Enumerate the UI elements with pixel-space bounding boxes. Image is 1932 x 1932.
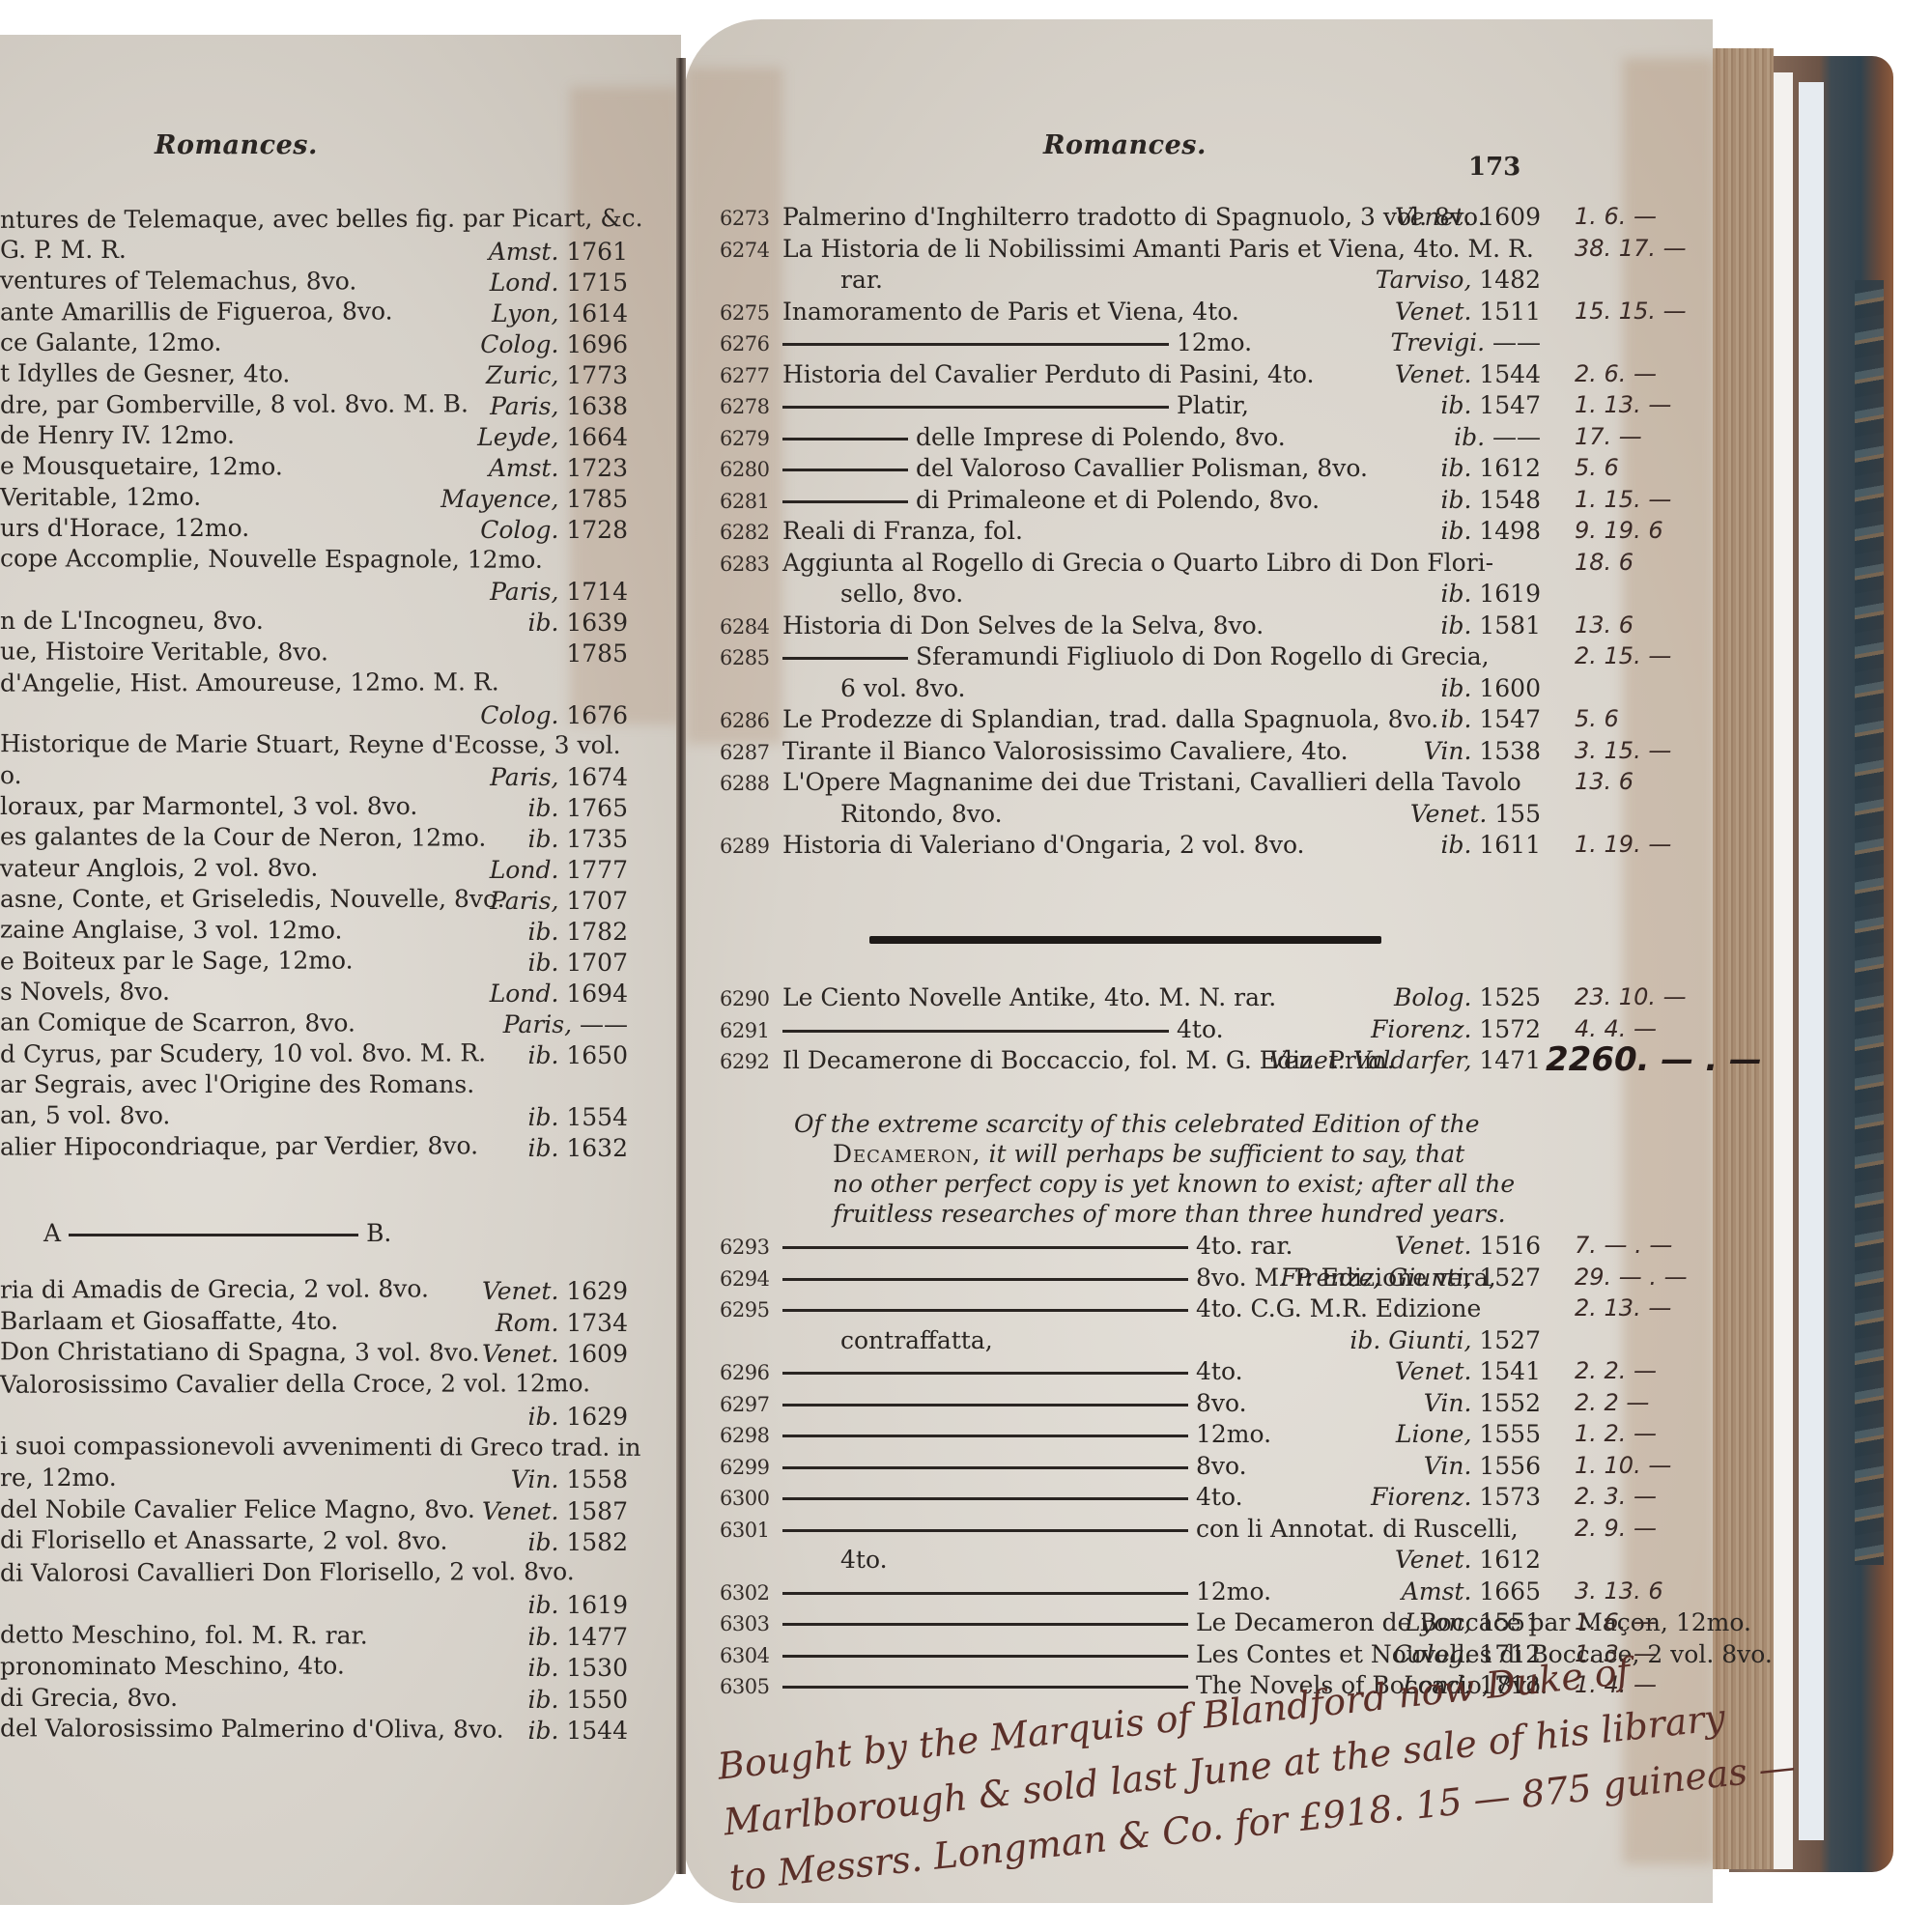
lot-imprint: Tarviso, 1482 <box>1376 266 1541 294</box>
handwritten-price: 2. 6. — <box>1575 360 1657 387</box>
imprint-year: 1674 <box>566 763 628 791</box>
flyleaf <box>1799 82 1824 1840</box>
catalogue-entry-text: alier Hipocondriaque, par Verdier, 8vo. <box>0 1131 478 1161</box>
imprint-year: 1573 <box>1479 1483 1541 1511</box>
catalogue-entry-text: an Comique de Scarron, 8vo. <box>0 1009 355 1038</box>
imprint-year: 1619 <box>1479 580 1541 608</box>
catalogue-entry-text: di Valorosi Cavallieri Don Florisello, 2… <box>0 1557 575 1588</box>
imprint-year: 1612 <box>1479 1546 1541 1574</box>
imprint-year: 1761 <box>566 238 628 266</box>
imprint-year: 1612 <box>1479 454 1541 482</box>
lot-imprint: ib. 1547 <box>1440 705 1541 733</box>
decameron-note: Of the extreme scarcity of this celebrat… <box>794 1109 1538 1229</box>
lot-description: 4to. <box>782 1015 1224 1044</box>
imprint-place: ib. <box>527 918 558 946</box>
imprint-place: Venet. <box>1395 360 1471 388</box>
imprint-place: Lond. <box>490 269 559 297</box>
handwritten-price: 4. 4. — <box>1575 1015 1657 1042</box>
imprint-year: 1609 <box>566 1340 628 1368</box>
catalogue-entry-imprint: Amst. 1761 <box>489 238 628 266</box>
handwritten-price: 29. — . — <box>1575 1264 1688 1291</box>
lot-number: 6274 <box>720 239 769 262</box>
imprint-place: Venet. <box>1395 1357 1471 1385</box>
lot-number: 6294 <box>720 1267 769 1291</box>
handwritten-price: 23. 10. — <box>1575 983 1687 1010</box>
imprint-place: Lyon, <box>1405 1608 1471 1636</box>
catalogue-entry-text: e Mousquetaire, 12mo. <box>0 452 283 482</box>
ditto-rule <box>782 1372 1188 1375</box>
catalogue-entry-imprint: Rom. 1734 <box>496 1309 628 1337</box>
imprint-place: Paris, <box>490 578 558 606</box>
catalogue-entry-text: de Henry IV. 12mo. <box>0 421 235 450</box>
lot-imprint: Fiorenz. 1573 <box>1371 1483 1541 1511</box>
imprint-year: 1582 <box>566 1528 628 1556</box>
lot-description: L'Opere Magnanime dei due Tristani, Cava… <box>782 768 1521 797</box>
lot-imprint: ib. 1547 <box>1440 391 1541 419</box>
lot-title: 4to. rar. <box>1196 1232 1293 1260</box>
imprint-year: 1723 <box>566 454 628 482</box>
catalogue-entry-text: di Florisello et Anassarte, 2 vol. 8vo. <box>0 1525 448 1555</box>
lot-number: 6279 <box>720 427 769 450</box>
imprint-place: Amst. <box>489 454 559 482</box>
catalogue-entry-text: t Idylles de Gesner, 4to. <box>0 359 290 389</box>
catalogue-entry-text: ce Galante, 12mo. <box>0 328 221 357</box>
lot-title: Platir, <box>1177 391 1249 419</box>
catalogue-entry-imprint: ib. 1619 <box>527 1591 628 1619</box>
imprint-place: Lione, <box>1396 1420 1472 1448</box>
catalogue-entry-text: o. <box>0 761 22 790</box>
imprint-year: 1614 <box>566 299 628 327</box>
lot-description-continued: 4to. <box>840 1546 888 1575</box>
imprint-place: ib. <box>1440 674 1471 702</box>
section-rule <box>869 936 1381 944</box>
handwritten-price: 2. 13. — <box>1575 1294 1671 1321</box>
lot-imprint: Venet. Valdarfer, 1471 <box>1268 1046 1541 1074</box>
handwritten-price: 1. 10. — <box>1575 1452 1671 1479</box>
lot-number: 6305 <box>720 1675 769 1698</box>
catalogue-entry-text: d Cyrus, par Scudery, 10 vol. 8vo. M. R. <box>0 1038 486 1068</box>
imprint-place: Venet. <box>482 1277 558 1305</box>
handwritten-price: 7. — . — <box>1575 1232 1672 1259</box>
lot-title: Historia del Cavalier Perduto di Pasini,… <box>782 360 1314 388</box>
ditto-rule <box>782 1246 1188 1249</box>
lot-description: 12mo. <box>782 1577 1271 1606</box>
lot-number: 6301 <box>720 1519 769 1542</box>
imprint-place: Lond. <box>490 980 559 1008</box>
imprint-place: Amst. <box>1402 1577 1472 1605</box>
lot-description: delle Imprese di Polendo, 8vo. <box>782 423 1286 452</box>
catalogue-entry-imprint: ib. 1735 <box>527 825 628 853</box>
imprint-place: Paris, <box>490 887 558 915</box>
catalogue-entry-imprint: ib. 1707 <box>527 949 628 977</box>
lot-description: Sferamundi Figliuolo di Don Rogello di G… <box>782 642 1490 671</box>
lot-imprint: Vin. 1552 <box>1424 1389 1541 1417</box>
imprint-place: ib. <box>527 609 558 637</box>
lot-description-continued: contraffatta, <box>840 1326 993 1355</box>
catalogue-entry-imprint: ib. 1639 <box>527 609 628 637</box>
imprint-year: 1544 <box>1479 360 1541 388</box>
imprint-place: ib. <box>1440 486 1471 514</box>
lot-description: Palmerino d'Inghilterro tradotto di Spag… <box>782 203 1486 232</box>
lot-title: Inamoramento de Paris et Viena, 4to. <box>782 298 1239 326</box>
section-to: B. <box>366 1219 391 1247</box>
handwritten-price: 1. 2. — <box>1575 1420 1657 1447</box>
lot-title: 4to. <box>1196 1357 1243 1385</box>
handwritten-price: 3. 15. — <box>1575 737 1671 764</box>
imprint-place: ib. <box>527 949 558 977</box>
imprint-year: 1609 <box>1479 203 1541 231</box>
imprint-year: —— <box>1492 328 1541 356</box>
catalogue-entry-imprint: Paris, 1707 <box>490 887 628 915</box>
imprint-place: Venet. <box>1395 1232 1471 1260</box>
catalogue-entry-text: asne, Conte, et Griseledis, Nouvelle, 8v… <box>0 885 505 914</box>
catalogue-entry-imprint: Paris, 1674 <box>490 763 628 791</box>
catalogue-entry-text: G. P. M. R. <box>0 236 127 265</box>
lot-number: 6273 <box>720 207 769 230</box>
imprint-year: 1471 <box>1479 1046 1541 1074</box>
imprint-year: 1619 <box>566 1591 628 1619</box>
imprint-place: Venet. Valdarfer, <box>1268 1046 1471 1074</box>
catalogue-entry-imprint: ib. 1650 <box>527 1041 628 1069</box>
imprint-place: Venet. <box>482 1497 558 1525</box>
catalogue-entry-text: Historique de Marie Stuart, Reyne d'Ecos… <box>0 729 621 760</box>
imprint-year: 1477 <box>566 1623 628 1651</box>
imprint-year: 1558 <box>566 1465 628 1493</box>
lot-number: 6293 <box>720 1236 769 1259</box>
catalogue-entry-text: pronominato Meschino, 4to. <box>0 1652 345 1682</box>
ditto-rule <box>782 1435 1188 1437</box>
lot-description-continued: rar. <box>840 266 883 295</box>
handwritten-price: 2. 2 — <box>1575 1389 1649 1416</box>
catalogue-entry-text: detto Meschino, fol. M. R. rar. <box>0 1620 368 1650</box>
catalogue-entry-text: e Boiteux par le Sage, 12mo. <box>0 947 354 977</box>
ditto-rule <box>782 1655 1188 1658</box>
lot-imprint: ib. 1612 <box>1440 454 1541 482</box>
imprint-place: Colog. <box>480 516 558 544</box>
ditto-rule <box>782 1529 1188 1532</box>
imprint-year: 1782 <box>566 918 628 946</box>
handwritten-price: 5. 6 <box>1575 705 1619 732</box>
page-number: 173 <box>1468 153 1520 182</box>
page-fore-edge <box>1710 48 1774 1869</box>
lot-description: Aggiunta al Rogello di Grecia o Quarto L… <box>782 549 1493 578</box>
lot-title: Historia di Don Selves de la Selva, 8vo. <box>782 611 1264 639</box>
catalogue-entry-imprint: ib. 1544 <box>527 1717 628 1745</box>
lot-imprint: ib. 1619 <box>1440 580 1541 608</box>
imprint-place: Fiorenz. <box>1371 1483 1471 1511</box>
imprint-year: 1544 <box>566 1717 628 1745</box>
imprint-year: 1554 <box>566 1103 628 1131</box>
lot-imprint: ib. 1498 <box>1440 517 1541 545</box>
imprint-year: 1600 <box>1479 674 1541 702</box>
lot-title: Le Ciento Novelle Antike, 4to. M. N. rar… <box>782 983 1276 1011</box>
handwritten-price: 15. 15. — <box>1575 298 1687 325</box>
imprint-place: Tarviso, <box>1376 266 1472 294</box>
catalogue-entry-imprint: Zuric, 1773 <box>486 361 628 389</box>
ditto-rule <box>782 500 908 503</box>
imprint-year: 1714 <box>566 578 628 606</box>
lot-title: Palmerino d'Inghilterro tradotto di Spag… <box>782 203 1486 231</box>
lot-imprint: Venet. 1609 <box>1395 203 1541 231</box>
catalogue-entry-imprint: Colog. 1696 <box>480 330 628 358</box>
ditto-rule <box>782 1404 1188 1406</box>
lot-imprint: ib. 1611 <box>1440 831 1541 859</box>
imprint-place: Colog. <box>480 701 558 729</box>
imprint-year: 1638 <box>566 392 628 420</box>
lot-description: La Historia de li Nobilissimi Amanti Par… <box>782 235 1534 264</box>
imprint-place: Colog. <box>480 330 558 358</box>
imprint-year: 1734 <box>566 1309 628 1337</box>
lot-description: Historia di Don Selves de la Selva, 8vo. <box>782 611 1264 640</box>
catalogue-entry-text: Don Christatiano di Spagna, 3 vol. 8vo. <box>0 1337 480 1367</box>
handwritten-price: 2. 3. — <box>1575 1483 1657 1510</box>
catalogue-entry-text: i suoi compassionevoli avvenimenti di Gr… <box>0 1432 640 1463</box>
handwritten-price: 17. — <box>1575 423 1642 450</box>
lot-imprint: Firenze, Giunti, 1527 <box>1280 1264 1541 1292</box>
imprint-place: ib. <box>1440 705 1471 733</box>
lot-title: 8vo. <box>1196 1389 1247 1417</box>
lot-title: del Valoroso Cavallier Polisman, 8vo. <box>916 454 1368 482</box>
imprint-place: Paris, <box>490 763 558 791</box>
imprint-year: 1527 <box>1479 1264 1541 1292</box>
catalogue-entry-text: d'Angelie, Hist. Amoureuse, 12mo. M. R. <box>0 668 499 697</box>
lot-description: 4to. C.G. M.R. Edizione <box>782 1294 1481 1323</box>
lot-description: di Primaleone et di Polendo, 8vo. <box>782 486 1320 515</box>
lot-description: Inamoramento de Paris et Viena, 4to. <box>782 298 1239 327</box>
catalogue-entry-imprint: Leyde, 1664 <box>477 423 628 451</box>
lot-imprint: Venet. 1612 <box>1395 1546 1541 1574</box>
imprint-place: Paris, <box>490 392 558 420</box>
lot-description-continued: Ritondo, 8vo. <box>840 800 1003 829</box>
catalogue-entry-text: di Grecia, 8vo. <box>0 1684 178 1713</box>
lot-imprint: Lione, 1555 <box>1396 1420 1541 1448</box>
catalogue-entry-imprint: ib. 1632 <box>527 1134 628 1162</box>
lot-imprint: Venet. 1511 <box>1395 298 1541 326</box>
marbled-board <box>1855 280 1884 1565</box>
imprint-year: 1707 <box>566 887 628 915</box>
imprint-place: ib. <box>1440 831 1471 859</box>
catalogue-entry-imprint: ib. 1582 <box>527 1528 628 1556</box>
book-gutter <box>676 58 686 1874</box>
lot-imprint: Venet. 155 <box>1410 800 1541 828</box>
catalogue-entry-imprint: Lyon, 1614 <box>492 299 628 327</box>
lot-title: Aggiunta al Rogello di Grecia o Quarto L… <box>782 549 1493 577</box>
lot-imprint: ib. 1548 <box>1440 486 1541 514</box>
imprint-year: 1516 <box>1479 1232 1541 1260</box>
lot-imprint: Vin. 1556 <box>1424 1452 1541 1480</box>
catalogue-entry-text: del Valorosissimo Palmerino d'Oliva, 8vo… <box>0 1714 504 1744</box>
ditto-rule <box>782 657 908 660</box>
ditto-rule <box>782 406 1169 409</box>
lot-number: 6277 <box>720 364 769 387</box>
lot-number: 6302 <box>720 1581 769 1605</box>
catalogue-entry-imprint: Paris, 1638 <box>490 392 628 420</box>
lot-description: 4to. <box>782 1483 1243 1512</box>
handwritten-price: 2260. — . — <box>1546 1040 1762 1079</box>
handwritten-price: 38. 17. — <box>1575 235 1687 262</box>
lot-title: Sferamundi Figliuolo di Don Rogello di G… <box>916 642 1490 670</box>
lot-number: 6288 <box>720 772 769 795</box>
imprint-year: 1511 <box>1479 298 1541 326</box>
imprint-year: 1547 <box>1479 391 1541 419</box>
lot-title: delle Imprese di Polendo, 8vo. <box>916 423 1286 451</box>
imprint-place: Venet. <box>482 1340 558 1368</box>
lot-title: Tirante il Bianco Valorosissimo Cavalier… <box>782 737 1349 765</box>
imprint-place: ib. <box>527 1623 558 1651</box>
imprint-place: ib. <box>1454 423 1485 451</box>
imprint-place: Leyde, <box>477 423 558 451</box>
lot-number: 6276 <box>720 332 769 355</box>
lot-imprint: Lyon, 1551 <box>1405 1608 1541 1636</box>
lot-description: 12mo. <box>782 1420 1271 1449</box>
lot-imprint: ib. 1600 <box>1440 674 1541 702</box>
ditto-rule <box>782 1466 1188 1469</box>
lot-number: 6299 <box>720 1456 769 1479</box>
lot-number: 6278 <box>720 395 769 418</box>
imprint-year: 1650 <box>566 1041 628 1069</box>
imprint-place: ib. <box>527 1717 558 1745</box>
catalogue-entry-text: ar Segrais, avec l'Origine des Romans. <box>0 1070 474 1099</box>
imprint-place: ib. <box>527 794 558 822</box>
catalogue-entry-imprint: Venet. 1629 <box>482 1277 628 1305</box>
imprint-place: Amst. <box>489 238 559 266</box>
catalogue-entry-imprint: Venet. 1609 <box>482 1340 628 1368</box>
section-from: A <box>43 1219 61 1247</box>
ditto-rule <box>782 1278 1188 1281</box>
lot-description: del Valoroso Cavallier Polisman, 8vo. <box>782 454 1368 483</box>
catalogue-entry-imprint: ib. 1629 <box>527 1403 628 1431</box>
imprint-year: 1707 <box>566 949 628 977</box>
imprint-place: ib. <box>527 1654 558 1682</box>
imprint-year: 1548 <box>1479 486 1541 514</box>
catalogue-entry-imprint: Colog. 1728 <box>480 516 628 544</box>
lot-imprint: Venet. 1516 <box>1395 1232 1541 1260</box>
catalogue-entry-imprint: 1785 <box>566 639 628 668</box>
imprint-year: 1632 <box>566 1134 628 1162</box>
lot-title: di Primaleone et di Polendo, 8vo. <box>916 486 1320 514</box>
imprint-place: ib. <box>1440 611 1471 639</box>
imprint-place: ib. <box>527 1591 558 1619</box>
lot-title: Historia di Valeriano d'Ongaria, 2 vol. … <box>782 831 1305 859</box>
imprint-place: Firenze, Giunti, <box>1280 1264 1471 1292</box>
catalogue-entry-text: an, 5 vol. 8vo. <box>0 1101 170 1130</box>
imprint-year: 1773 <box>566 361 628 389</box>
catalogue-entry-imprint: Colog. 1676 <box>480 701 628 729</box>
lot-imprint: Trevigi. —— <box>1391 328 1541 356</box>
lot-title: 4to. <box>1196 1483 1243 1511</box>
imprint-year: 1498 <box>1479 517 1541 545</box>
handwritten-price: 13. 6 <box>1575 611 1634 639</box>
imprint-place: Trevigi. <box>1391 328 1486 356</box>
lot-title: con li Annotat. di Ruscelli, <box>1196 1515 1519 1543</box>
imprint-year: 1696 <box>566 330 628 358</box>
handwritten-price: 1. 19. — <box>1575 831 1671 858</box>
catalogue-entry-text: s Novels, 8vo. <box>0 978 170 1007</box>
lot-imprint: Vin. 1538 <box>1424 737 1541 765</box>
imprint-year: 1555 <box>1479 1420 1541 1448</box>
catalogue-entry-imprint: ib. 1782 <box>527 918 628 946</box>
imprint-place: ib. <box>1440 517 1471 545</box>
imprint-year: 1785 <box>566 639 628 668</box>
imprint-year: 1556 <box>1479 1452 1541 1480</box>
imprint-year: 1538 <box>1479 737 1541 765</box>
lot-description: con li Annotat. di Ruscelli, <box>782 1515 1519 1544</box>
lot-title: 4to. <box>1177 1015 1224 1043</box>
lot-number: 6292 <box>720 1050 769 1073</box>
catalogue-entry-imprint: Amst. 1723 <box>489 454 628 482</box>
catalogue-entry-imprint: Lond. 1694 <box>490 980 628 1008</box>
ditto-rule <box>782 1030 1169 1033</box>
handwritten-price: 13. 6 <box>1575 768 1634 795</box>
lot-title: L'Opere Magnanime dei due Tristani, Cava… <box>782 768 1521 796</box>
lot-number: 6289 <box>720 835 769 858</box>
imprint-year: 1550 <box>566 1686 628 1714</box>
lot-description-continued: sello, 8vo. <box>840 580 963 609</box>
imprint-year: —— <box>1492 423 1541 451</box>
imprint-year: 1728 <box>566 516 628 544</box>
lot-number: 6300 <box>720 1487 769 1510</box>
ditto-rule <box>782 1623 1188 1626</box>
imprint-year: 1629 <box>566 1403 628 1431</box>
lot-number: 6283 <box>720 553 769 576</box>
lot-number: 6303 <box>720 1612 769 1635</box>
catalogue-entry-imprint: Venet. 1587 <box>482 1497 628 1525</box>
imprint-year: 1676 <box>566 701 628 729</box>
catalogue-entry-text: del Nobile Cavalier Felice Magno, 8vo. <box>0 1495 475 1524</box>
imprint-year: 1629 <box>566 1277 628 1305</box>
catalogue-entry-imprint: ib. 1530 <box>527 1654 628 1682</box>
lot-imprint: Bolog. 1525 <box>1394 983 1541 1011</box>
lot-number: 6295 <box>720 1298 769 1321</box>
catalogue-entry-imprint: ib. 1477 <box>527 1623 628 1651</box>
catalogue-entry-text: loraux, par Marmontel, 3 vol. 8vo. <box>0 792 417 821</box>
lot-number: 6282 <box>720 521 769 544</box>
imprint-year: —— <box>580 1010 628 1038</box>
imprint-place: Vin. <box>511 1465 559 1493</box>
lot-number: 6291 <box>720 1019 769 1042</box>
lot-imprint: Venet. 1541 <box>1395 1357 1541 1385</box>
imprint-place: ib. <box>1440 391 1471 419</box>
lot-number: 6304 <box>720 1644 769 1667</box>
lot-title: La Historia de li Nobilissimi Amanti Par… <box>782 235 1534 263</box>
lot-description-continued: 6 vol. 8vo. <box>840 674 966 703</box>
catalogue-entry-text: es galantes de la Cour de Neron, 12mo. <box>0 822 486 852</box>
catalogue-entry-text: dre, par Gomberville, 8 vol. 8vo. M. B. <box>0 389 469 419</box>
imprint-year: 1765 <box>566 794 628 822</box>
lot-description: 12mo. <box>782 328 1252 357</box>
imprint-year: 1527 <box>1479 1326 1541 1354</box>
lot-description: Historia del Cavalier Perduto di Pasini,… <box>782 360 1314 389</box>
imprint-place: Zuric, <box>486 361 558 389</box>
imprint-place: Venet. <box>1410 800 1487 828</box>
imprint-place: ib. <box>527 825 558 853</box>
imprint-year: 1715 <box>566 269 628 297</box>
imprint-year: 1572 <box>1479 1015 1541 1043</box>
lot-imprint: ib. Giunti, 1527 <box>1350 1326 1541 1354</box>
lot-description: Le Ciento Novelle Antike, 4to. M. N. rar… <box>782 983 1276 1012</box>
handwritten-price: 5. 6 <box>1575 454 1619 481</box>
lot-number: 6285 <box>720 646 769 669</box>
imprint-place: ib. <box>1440 454 1471 482</box>
catalogue-entry-text: ante Amarillis de Figueroa, 8vo. <box>0 297 393 327</box>
catalogue-entry-imprint: Lond. 1777 <box>490 856 628 884</box>
section-divider: AB. <box>43 1219 391 1247</box>
right-page-header: Romances. <box>1043 130 1207 160</box>
lot-imprint: Amst. 1665 <box>1402 1577 1541 1605</box>
lot-number: 6287 <box>720 741 769 764</box>
left-page-header: Romances. <box>155 130 318 160</box>
catalogue-entry-imprint: Paris, —— <box>503 1010 628 1038</box>
